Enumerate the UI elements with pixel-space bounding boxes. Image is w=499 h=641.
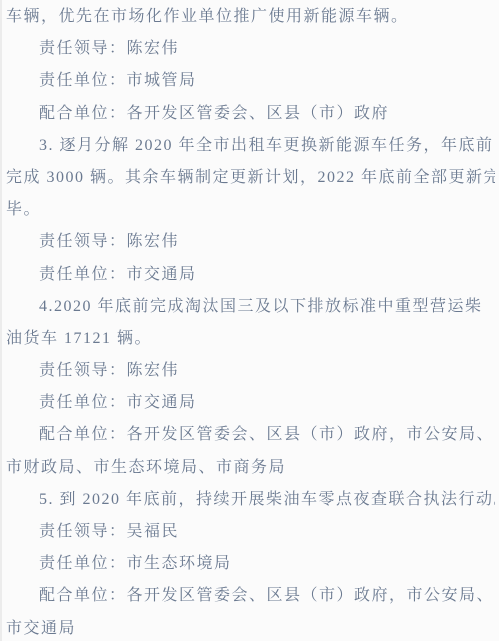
- document-line: 配合单位：各开发区管委会、区县（市）政府，市公安局、: [6, 419, 495, 451]
- document-line: 配合单位：各开发区管委会、区县（市）政府，市公安局、: [6, 580, 495, 612]
- document-line: 完成 3000 辆。其余车辆制定更新计划，2022 年底前全部更新完: [6, 162, 495, 194]
- document-line: 责任单位：市交通局: [6, 387, 495, 419]
- document-page: 车辆，优先在市场化作业单位推广使用新能源车辆。 责任领导：陈宏伟 责任单位：市城…: [0, 0, 499, 641]
- document-line: 配合单位：各开发区管委会、区县（市）政府: [6, 98, 495, 130]
- document-line: 责任领导：陈宏伟: [6, 33, 495, 65]
- document-line: 责任单位：市交通局: [6, 259, 495, 291]
- document-line: 毕。: [6, 194, 495, 226]
- document-line: 油货车 17121 辆。: [6, 323, 495, 355]
- document-line: 责任单位：市城管局: [6, 65, 495, 97]
- document-line: 市财政局、市生态环境局、市商务局: [6, 452, 495, 484]
- document-line: 车辆，优先在市场化作业单位推广使用新能源车辆。: [6, 1, 495, 33]
- document-line: 责任领导：吴福民: [6, 516, 495, 548]
- document-line: 5. 到 2020 年底前，持续开展柴油车零点夜查联合执法行动。: [6, 484, 495, 516]
- document-line: 市交通局: [6, 613, 495, 641]
- document-line: 4.2020 年底前完成淘汰国三及以下排放标准中重型营运柴: [6, 291, 495, 323]
- document-line: 责任领导：陈宏伟: [6, 226, 495, 258]
- document-line: 3. 逐月分解 2020 年全市出租车更换新能源车任务，年底前: [6, 130, 495, 162]
- document-line: 责任领导：陈宏伟: [6, 355, 495, 387]
- document-line: 责任单位：市生态环境局: [6, 548, 495, 580]
